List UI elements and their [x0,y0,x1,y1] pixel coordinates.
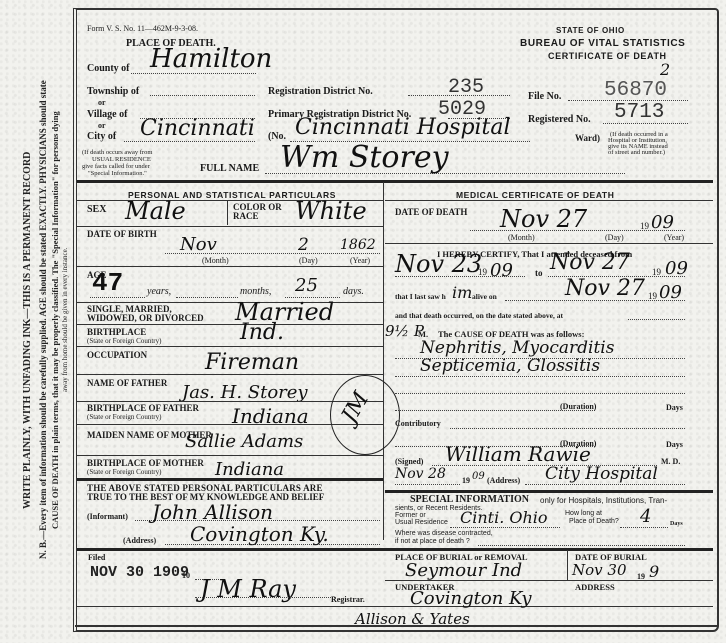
registrar-signature: J M Ray [200,575,296,603]
special-info-heading-bold: SPECIAL INFORMATION [410,494,529,505]
duration-1-days: Days [666,404,683,412]
duration-1-label: (Duration) [560,403,596,411]
sidebar-instruction-cause: CAUSE OF DEATH in plain terms, that it m… [50,30,60,610]
birthplace-caption: (State or Foreign Country) [87,337,161,345]
signed-label: (Signed) [395,458,423,466]
cause-line-2-rule [395,376,685,377]
disease-contracted-label-2: if not at place of death ? [395,538,470,546]
away-note-4: "Special Information." [88,170,147,178]
special-info-heading: SPECIAL INFORMATION [410,494,529,505]
rule [77,226,383,227]
date-of-death-month-day: Nov 27 [500,205,587,233]
how-long-unit: Days [670,520,683,528]
rule [77,455,383,456]
rule [77,302,383,303]
rule [77,606,713,607]
full-name-label: FULL NAME [200,163,259,174]
registrar-line [195,597,335,598]
dob-month: Nov [180,234,217,255]
race-label-2: RACE [233,211,259,221]
how-long-label-2: Place of Death? [569,518,619,526]
registration-district-value: 235 [448,76,484,99]
months-label: months, [240,288,271,296]
undertaker-address-value: Covington Ky [410,588,532,609]
last-saw-suffix: alive on [472,293,497,301]
last-saw-prefix: that I last saw h [395,293,446,301]
former-residence-value: Cinti. Ohio [460,508,548,527]
rule [385,580,713,581]
rule [77,478,383,481]
cause-line-3-rule [395,393,685,394]
mother-birthplace-caption: (State or Foreign Country) [87,468,161,476]
date-of-death-year: 09 [651,212,674,233]
last-saw-pronoun: im [452,283,472,302]
certificate-title: CERTIFICATE OF DEATH [548,51,667,61]
father-name-value: Jas. H. Storey [182,382,308,403]
township-label: Township of [87,86,139,97]
township-line [150,95,255,96]
signed-date: Nov 28 [395,466,446,482]
dob-month-caption: (Month) [202,257,229,265]
column-divider [383,182,384,540]
rule [77,324,383,325]
rule [227,201,228,225]
how-long-label-1: How long at [565,510,602,518]
burial-place-value: Seymour Ind [405,560,522,581]
village-label: Village of [87,109,127,120]
burial-year-value: 9 [649,562,659,581]
registered-number-label: Registered No. [528,114,591,125]
county-value: Hamilton [150,44,272,74]
sidebar-instruction-away: away from home should be given in every … [61,60,69,580]
dod-year-caption: (Year) [664,234,684,242]
days-label: days. [343,288,364,296]
occupation-value: Fireman [205,350,299,375]
cause-line-2: Septicemia, Glossitis [420,356,600,376]
dob-year-caption: (Year) [350,257,370,265]
physician-address-line [525,484,685,485]
father-name-label: NAME OF FATHER [87,378,167,388]
sex-label: SEX [87,204,106,215]
burial-date-value: Nov 30 [572,561,627,579]
rule [385,200,713,201]
ward-label: Ward) [575,133,600,143]
full-name-value: Wm Storey [280,140,449,175]
attended-to-year-prefix: 19 [652,268,661,276]
or-label-2: or [98,121,106,130]
death-time-text: and that death occurred, on the date sta… [395,312,563,320]
state-heading: STATE OF OHIO [556,26,625,35]
former-residence-line [450,527,560,528]
date-of-death-label: DATE OF DEATH [395,207,467,217]
filed-suffix: 10 [182,572,190,580]
rule [77,374,383,375]
duration-2-days: Days [666,441,683,449]
rule [385,243,713,244]
cause-line-1: Nephritis, Myocarditis [420,338,614,358]
informant-address-value: Covington Ky. [190,522,329,546]
file-number-label: File No. [528,91,561,102]
signed-year: 09 [472,471,485,482]
age-months-line [176,297,238,298]
signed-date-line [395,484,460,485]
age-years-line [90,297,145,298]
death-time-line [628,319,685,320]
contributory-label: Contributory [395,420,441,428]
file-number-value: 56870 [604,79,667,102]
institution-value: Cincinnati Hospital [295,115,511,140]
last-saw-date: Nov 27 [565,276,645,301]
attended-from-year: 09 [490,260,513,281]
header-divider [77,180,713,183]
disease-contracted-label-1: Where was disease contracted, [395,530,493,538]
to-label: to [535,269,543,277]
form-number: Form V. S. No. 11—462M-9-3-08. [87,25,198,33]
attended-to-year: 09 [665,258,688,279]
death-certificate-page: WRITE PLAINLY, WITH UNFADING INK—THIS IS… [0,0,726,643]
race-value: White [295,197,367,225]
city-line [124,141,255,142]
rule [77,548,713,551]
age-years-value: 47 [92,268,123,298]
or-label-1: or [98,98,106,107]
rule [567,550,568,580]
how-long-value: 4 [640,506,651,527]
dob-day: 2 [298,235,309,255]
marital-label-2: WIDOWED, OR DIVORCED [87,313,204,323]
last-saw-year: 09 [659,282,682,303]
rule [77,346,383,347]
occupation-label: OCCUPATION [87,350,147,360]
physician-signature: William Rawie [445,442,591,466]
birthplace-value: Ind. [240,320,284,345]
contributory-line [450,428,685,429]
city-value: Cincinnati [140,116,255,141]
dob-day-caption: (Day) [299,257,318,265]
undertaker-address-label: ADDRESS [575,582,615,592]
attended-from-date: Nov 23 [395,250,482,278]
cause-of-death-text: The CAUSE OF DEATH was as follows: [438,330,584,338]
father-birthplace-label: BIRTHPLACE OF FATHER [87,403,199,413]
sidebar-instruction-nb: N. B.—Every item of information should b… [38,20,48,620]
sex-value: Male [125,197,186,225]
filed-stamp: NOV 30 1909 [90,564,189,581]
mother-maiden-name-value: Sallie Adams [185,431,303,452]
dob-label: DATE OF BIRTH [87,229,157,239]
former-residence-label-2: Usual Residence [395,519,448,527]
dod-day-caption: (Day) [605,234,624,242]
sidebar-instruction-main: WRITE PLAINLY, WITH UNFADING INK—THIS IS… [22,60,33,600]
date-of-death-year-prefix: 19 [640,222,649,230]
age-days-value: 25 [295,275,318,296]
how-long-line [620,527,668,528]
medical-heading: MEDICAL CERTIFICATE OF DEATH [456,190,614,200]
years-label: years, [147,288,171,296]
md-label: M. D. [661,458,680,466]
physician-address-label: (Address) [487,477,520,485]
registrar-label: Registrar. [331,596,365,604]
institution-note-4: of street and number.) [608,149,665,157]
disease-contracted-line [478,545,685,546]
informant-label: (Informant) [87,513,128,521]
file-number-annotation: 2 [660,60,670,79]
physician-address-value: City Hospital [545,464,658,484]
attended-to-date: Nov 27 [550,250,630,275]
death-time-suffix: M. [418,330,428,338]
rule [385,490,713,493]
mother-birthplace-value: Indiana [215,459,284,480]
dob-year: 1862 [340,237,376,253]
signed-year-prefix: 19 [462,477,470,485]
registered-number-value: 5713 [614,101,664,124]
city-label: City of [87,131,116,142]
dod-month-caption: (Month) [508,234,535,242]
birthplace-label: BIRTHPLACE [87,327,146,337]
filed-label: Filed [88,553,105,562]
informant-address-label: (Address) [123,537,156,545]
last-saw-year-prefix: 19 [648,292,657,300]
mother-birthplace-label: BIRTHPLACE OF MOTHER [87,458,204,468]
bureau-heading: BUREAU OF VITAL STATISTICS [520,38,685,49]
special-info-heading-rest: only for Hospitals, Institutions, Tran- [540,497,667,505]
father-birthplace-caption: (State or Foreign Country) [87,413,161,421]
county-label: County of [87,63,130,74]
rule [77,266,383,267]
attended-from-year-prefix: 19 [478,268,487,276]
bottom-border [75,625,717,627]
registration-district-label: Registration District No. [268,86,373,97]
informant-value: John Allison [152,500,273,524]
